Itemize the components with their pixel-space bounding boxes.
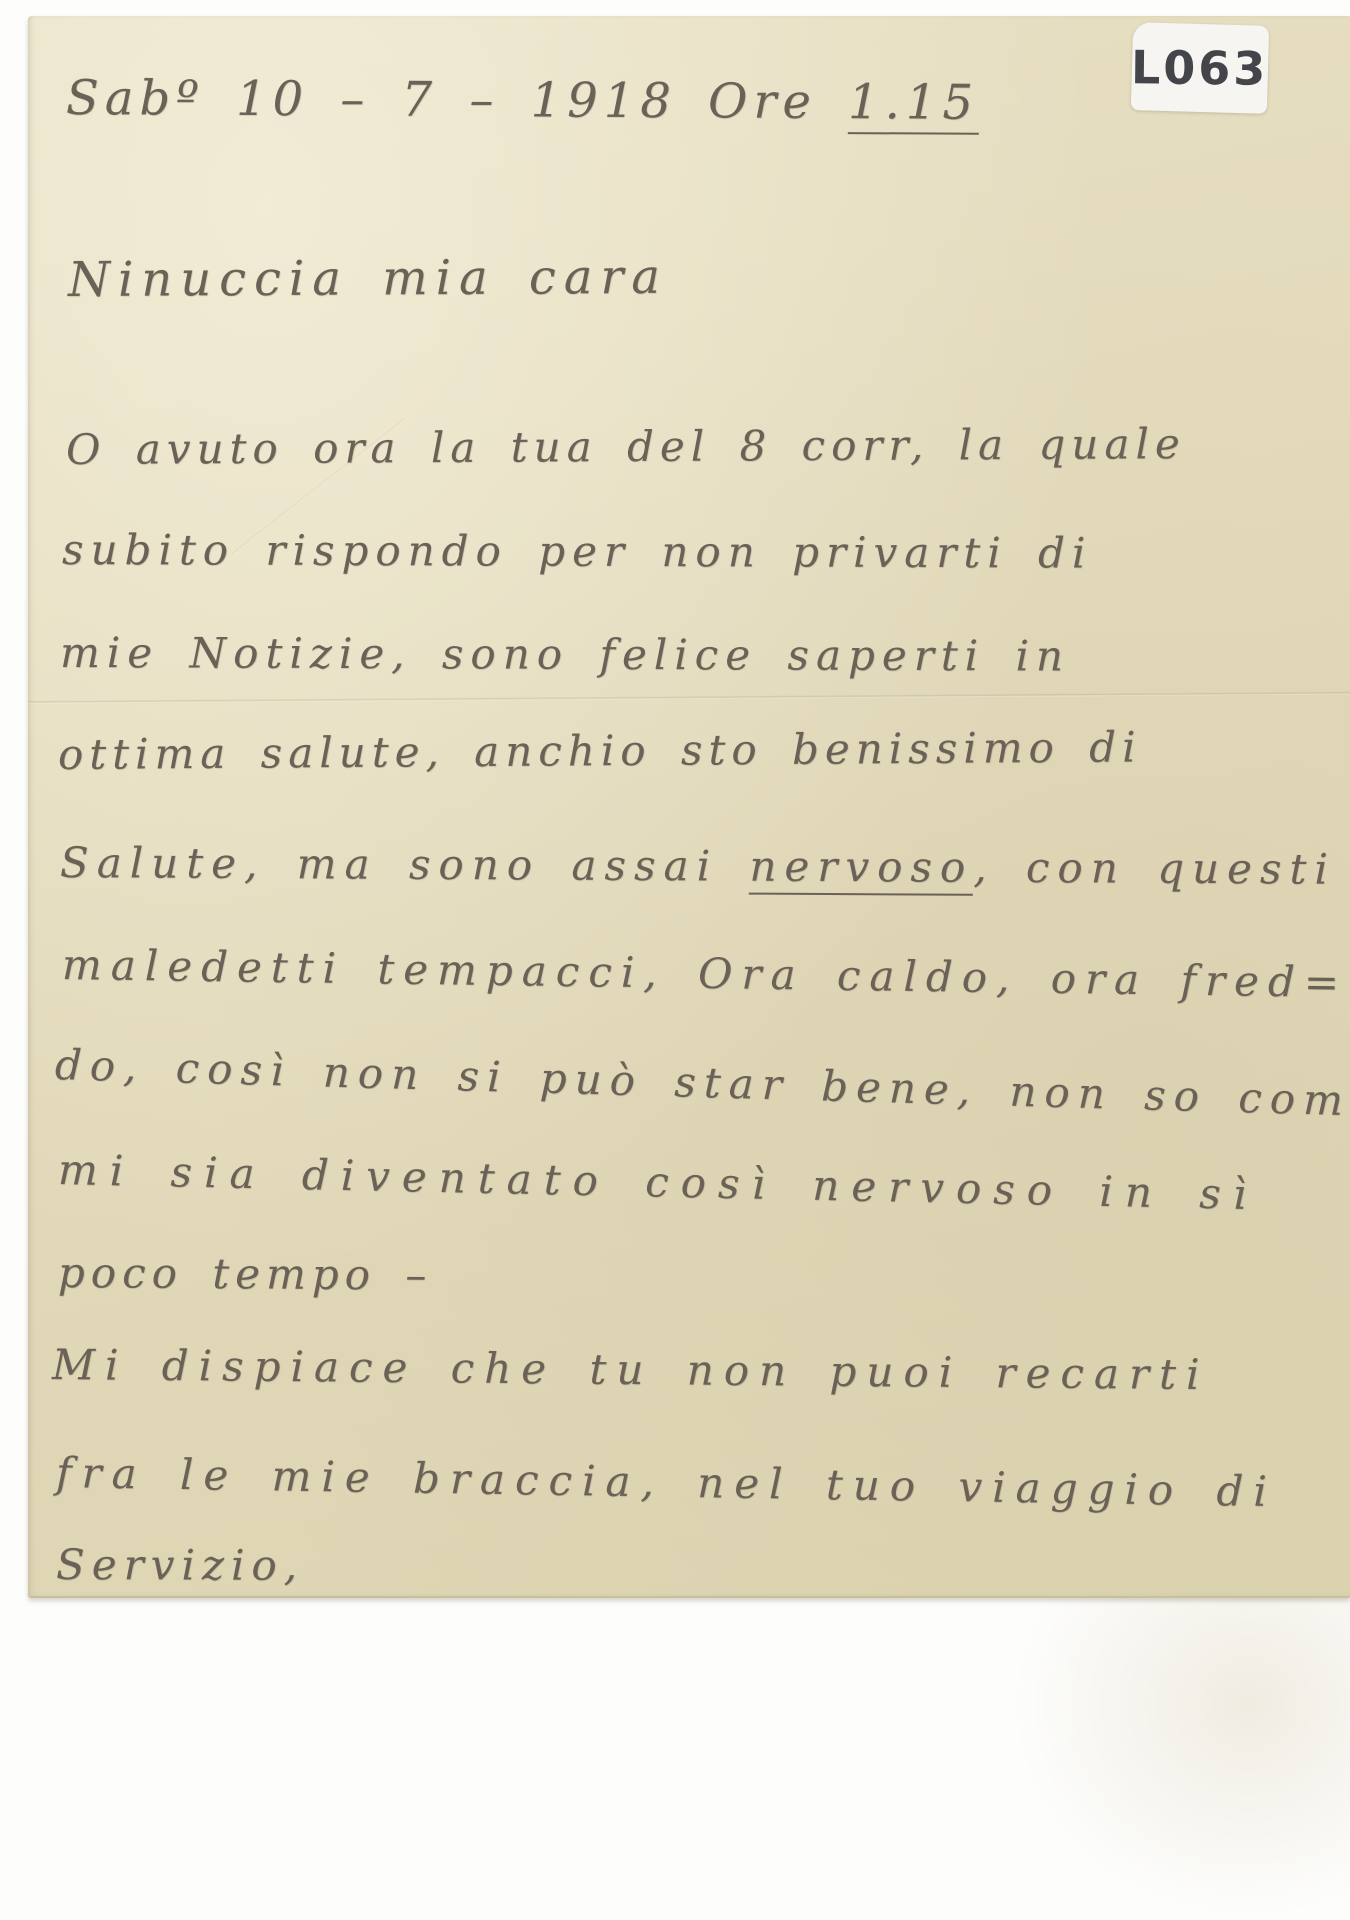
body-line: subito rispondo per non privarti di: [62, 525, 1093, 578]
archive-label-text: L063: [1131, 40, 1269, 95]
body-line-text: mie Notizie, sono felice saperti in: [60, 628, 1070, 681]
time-underlined: 1.15: [848, 74, 979, 135]
body-line-text: Salute, ma sono assai: [60, 838, 750, 891]
date-text: Sabº 10 – 7 – 1918 Ore: [66, 70, 848, 130]
body-line: Servizio,: [56, 1540, 304, 1590]
body-line-text: , con questi: [973, 843, 1336, 894]
body-line-text: subito rispondo per non privarti di: [62, 525, 1093, 578]
date-line: Sabº 10 – 7 – 1918 Ore 1.15: [66, 70, 979, 131]
body-line: maledetti tempacci, Ora caldo, ora fred=: [62, 940, 1349, 1007]
body-line-text: Mi dispiace che tu non puoi recarti: [52, 1340, 1210, 1399]
body-line-text: poco tempo –: [58, 1248, 433, 1300]
horizontal-fold-crease: [28, 691, 1350, 703]
salutation-text: Ninuccia mia cara: [68, 249, 668, 308]
body-line: Salute, ma sono assai nervoso, con quest…: [60, 838, 1336, 894]
salutation-line: Ninuccia mia cara: [68, 249, 668, 308]
body-line-text: mi sia diventato così nervoso in sì: [57, 1145, 1258, 1219]
body-line: poco tempo –: [58, 1248, 433, 1300]
body-line: mie Notizie, sono felice saperti in: [60, 628, 1070, 681]
body-line: Mi dispiace che tu non puoi recarti: [52, 1340, 1210, 1399]
letter-page: Sabº 10 – 7 – 1918 Ore 1.15 Ninuccia mia…: [28, 16, 1350, 1598]
body-line: mi sia diventato così nervoso in sì: [57, 1145, 1258, 1219]
archive-label-sticker: L063: [1131, 22, 1269, 114]
body-line: ottima salute, anchio sto benissimo di: [58, 722, 1142, 779]
body-line: fra le mie braccia, nel tuo viaggio di: [56, 1448, 1278, 1516]
scanner-background-texture: [1010, 1560, 1350, 1920]
underlined-word-nervoso: nervoso: [749, 842, 973, 896]
body-line: O avuto ora la tua del 8 corr, la quale: [66, 419, 1186, 474]
body-line: do, così non si può star bene, non so co…: [54, 1040, 1350, 1126]
body-line-text: fra le mie braccia, nel tuo viaggio di: [56, 1448, 1278, 1516]
body-line-text: do, così non si può star bene, non so co…: [54, 1040, 1350, 1126]
body-line-text: Servizio,: [56, 1540, 304, 1590]
body-line-text: maledetti tempacci, Ora caldo, ora fred=: [62, 940, 1349, 1007]
body-line-text: ottima salute, anchio sto benissimo di: [58, 722, 1142, 779]
body-line-text: O avuto ora la tua del 8 corr, la quale: [66, 419, 1186, 474]
